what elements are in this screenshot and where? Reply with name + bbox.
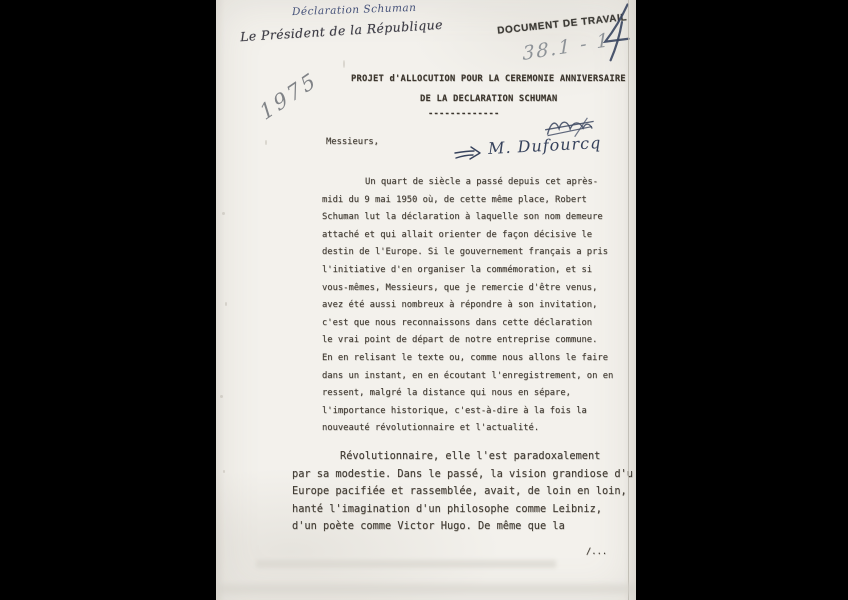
scan-smudge	[256, 560, 556, 568]
body-line: avez été aussi nombreux à répondre à son…	[322, 297, 613, 315]
document-title-line1: PROJET d'ALLOCUTION POUR LA CEREMONIE AN…	[351, 74, 626, 84]
handwritten-page-number-mark	[601, 1, 636, 66]
body-line: l'importance historique, c'est-à-dire à …	[322, 403, 613, 421]
body-line: le vrai point de départ de notre entrepr…	[322, 332, 613, 350]
paragraph-2: Révolutionnaire, elle l'est paradoxaleme…	[292, 448, 633, 536]
scan-speck	[225, 302, 227, 306]
letterhead: Le Président de la République	[240, 17, 444, 44]
handwritten-page-number: 4	[612, 18, 613, 19]
scan-speck	[223, 470, 225, 473]
body-line: d'un poète comme Victor Hugo. De même qu…	[292, 518, 633, 536]
body-line: En en relisant le texte ou, comme nous a…	[322, 350, 613, 368]
body-line: c'est que nous reconnaissons dans cette …	[322, 315, 613, 333]
title-separator: -------------	[428, 109, 499, 119]
body-line: vous-mêmes, Messieurs, que je remercie d…	[322, 280, 613, 298]
body-line: dans un instant, en en écoutant l'enregi…	[322, 368, 613, 386]
page-fold-line	[628, 0, 629, 600]
handwritten-reference-number: 38.1 - 1	[522, 29, 610, 65]
arrow-icon	[454, 146, 484, 162]
paragraph-1: Un quart de siècle a passé depuis cet ap…	[322, 174, 613, 438]
body-line: hanté l'imagination d'un philosophe comm…	[292, 501, 633, 519]
scan-speck	[222, 212, 225, 215]
body-line: nouveauté révolutionnaire et l'actualité…	[322, 420, 613, 438]
scan-smudge	[216, 584, 636, 594]
body-line: ressent, malgré la distance qui nous en …	[322, 385, 613, 403]
handwritten-subject-note: Déclaration Schuman	[292, 2, 417, 18]
body-line: midi du 9 mai 1950 où, de cette même pla…	[322, 192, 613, 210]
continuation-mark: /...	[586, 547, 607, 557]
body-line: Révolutionnaire, elle l'est paradoxaleme…	[292, 448, 633, 466]
scanned-document-page: Déclaration Schuman Le Président de la R…	[216, 0, 636, 600]
body-line: par sa modestie. Dans le passé, la visio…	[292, 466, 633, 484]
body-line: l'initiative d'en organiser la commémora…	[322, 262, 613, 280]
body-line: attaché et qui allait orienter de façon …	[322, 227, 613, 245]
scan-speck	[220, 395, 223, 398]
body-line: Europe pacifiée et rassemblée, avait, de…	[292, 483, 633, 501]
body-line: destin de l'Europe. Si le gouvernement f…	[322, 244, 613, 262]
handwritten-year: 1975	[256, 67, 322, 125]
scan-speck	[265, 140, 267, 145]
document-title-line2: DE LA DECLARATION SCHUMAN	[420, 94, 557, 104]
body-line: Un quart de siècle a passé depuis cet ap…	[322, 174, 613, 192]
body-line: Schuman lut la déclaration à laquelle so…	[322, 209, 613, 227]
salutation: Messieurs,	[326, 137, 379, 147]
scan-speck	[343, 60, 345, 68]
handwritten-name: M. Dufourcq	[488, 133, 602, 158]
